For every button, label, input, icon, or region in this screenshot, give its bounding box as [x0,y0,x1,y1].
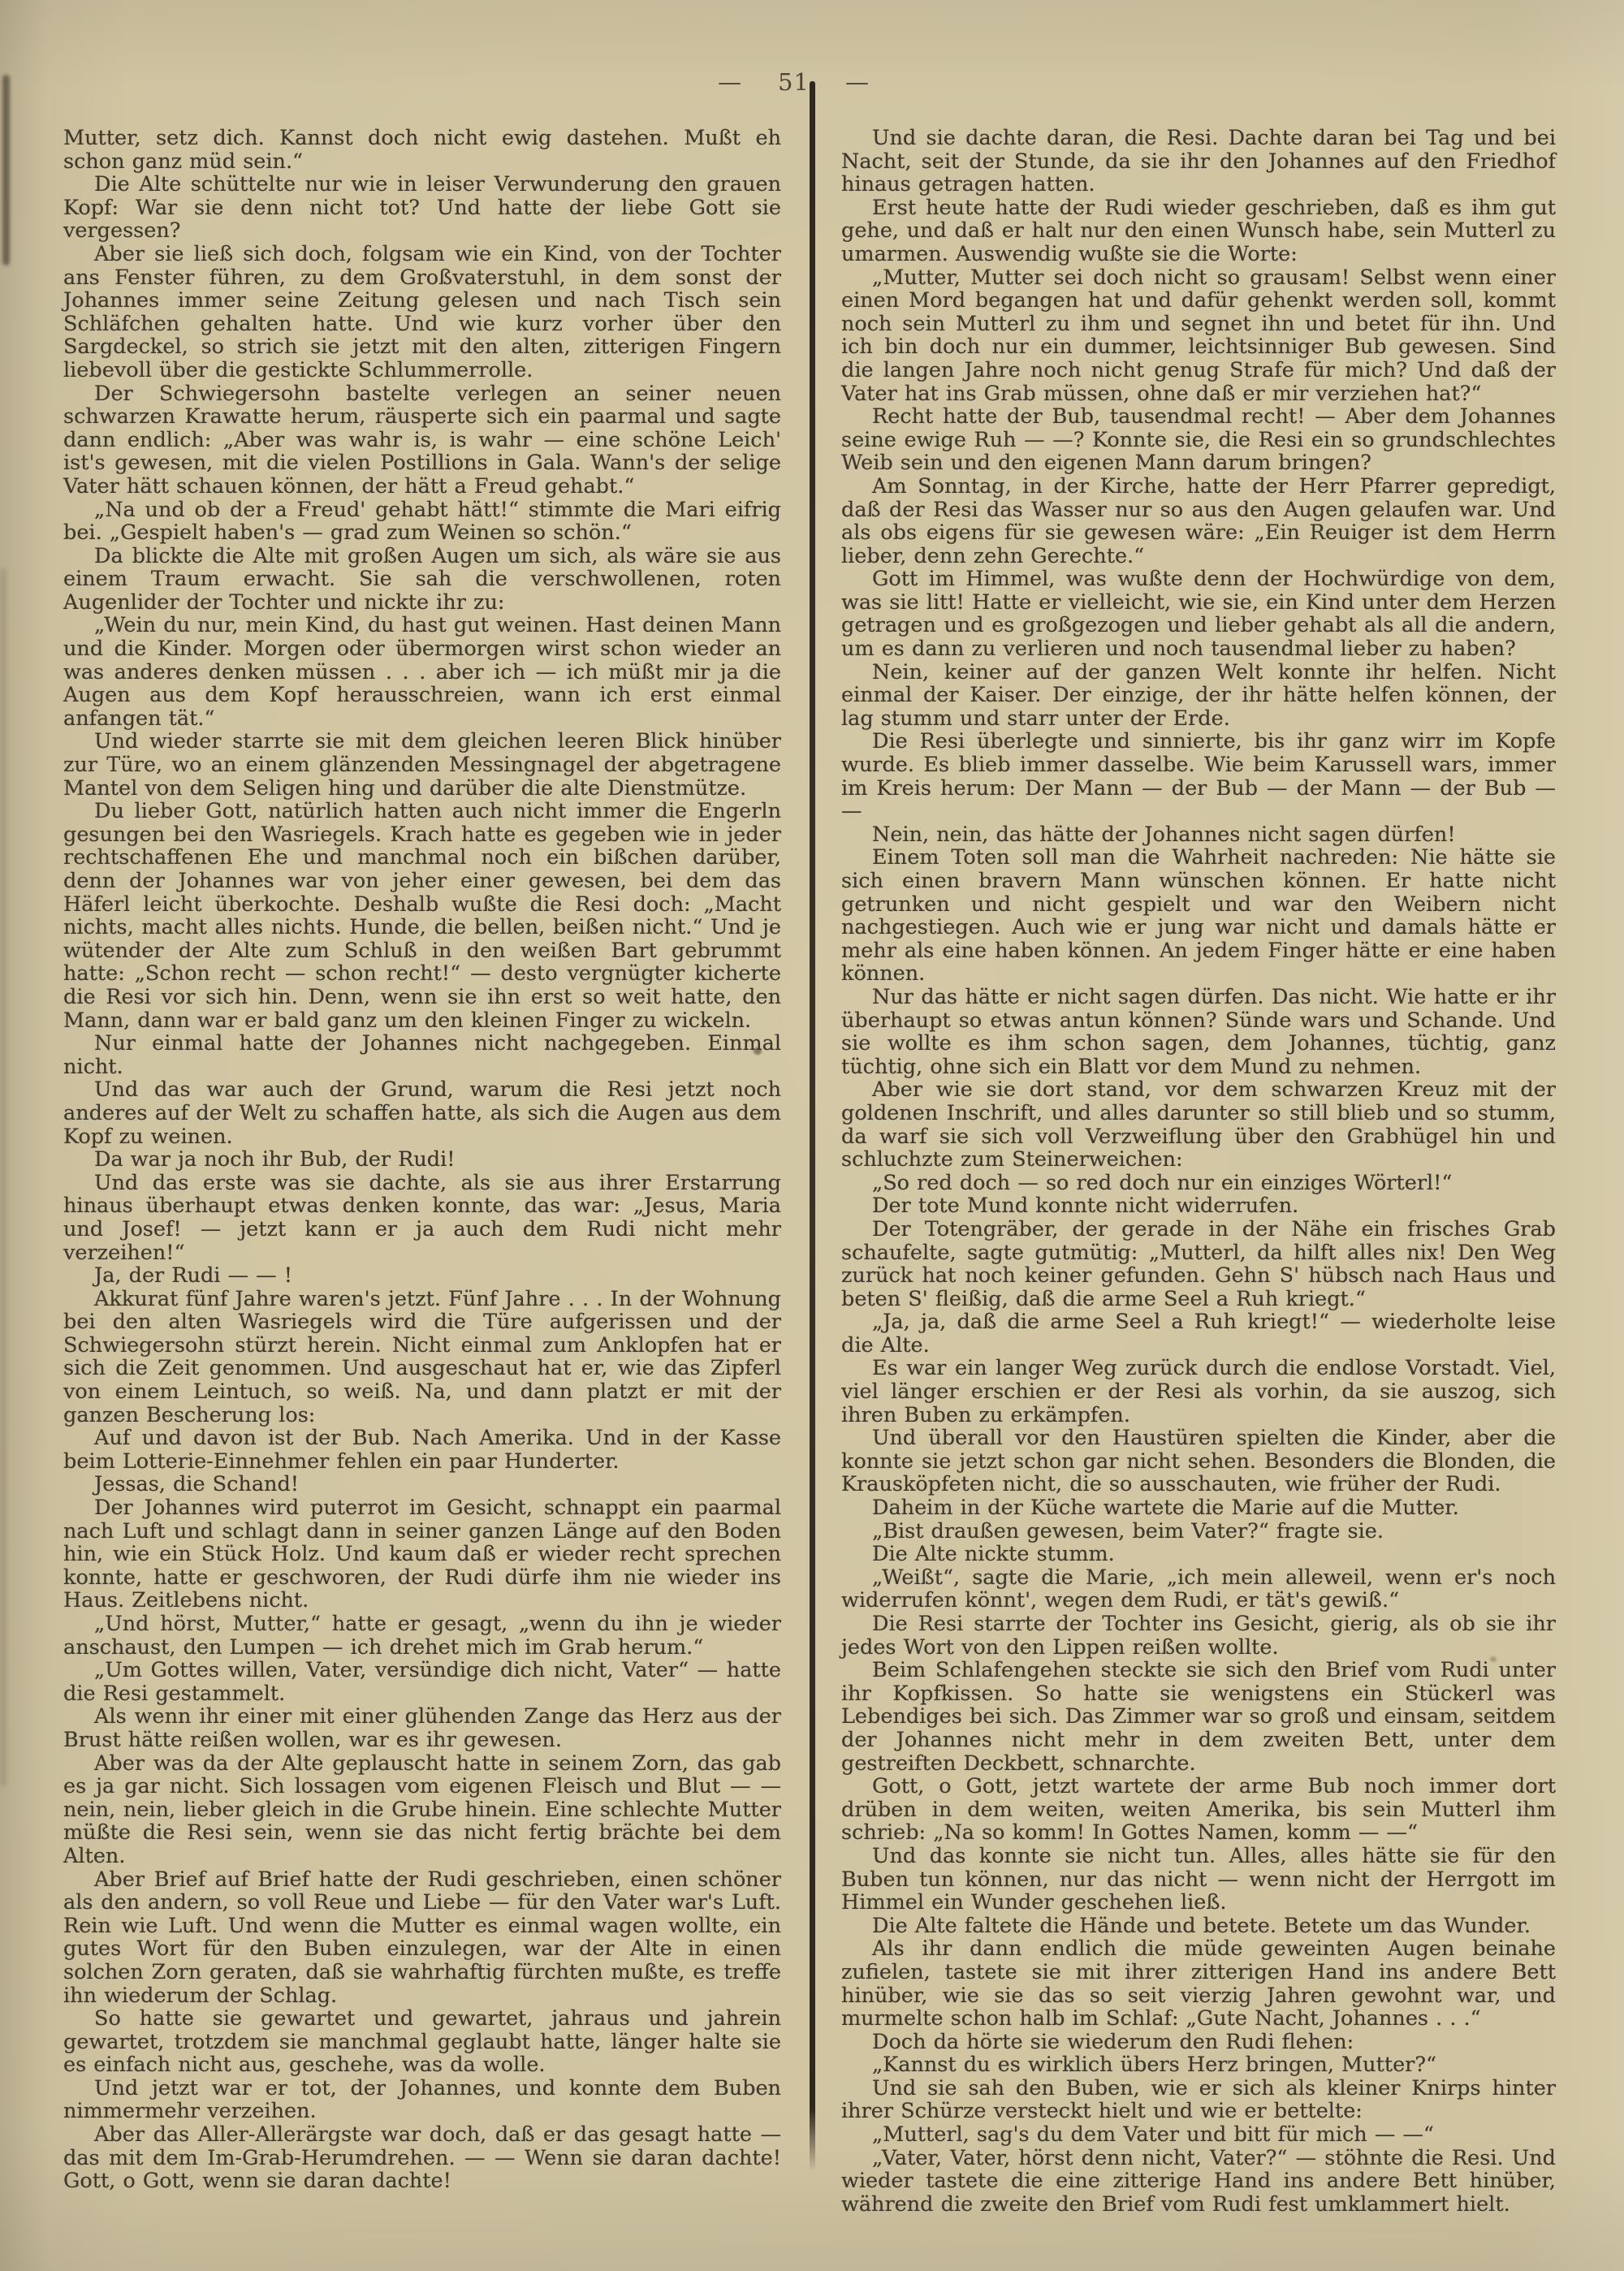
paragraph: „Ja, ja, daß die arme Seel a Ruh kriegt!… [841,1310,1556,1357]
paragraph: So hatte sie gewartet und gewartet, jahr… [63,2007,781,2077]
paragraph: Und das erste was sie dachte, als sie au… [63,1172,781,1264]
paper-speck [754,1047,762,1055]
paragraph: Nein, nein, das hätte der Johannes nicht… [841,823,1556,847]
paragraph: Die Alte nickte stumm. [841,1543,1556,1566]
paragraph: Aber sie ließ sich doch, folgsam wie ein… [63,243,781,382]
left-text-column: Mutter, setz dich. Kannst doch nicht ewi… [63,127,781,2193]
paragraph: Die Resi starrte der Tochter ins Gesicht… [841,1613,1556,1659]
paragraph: „Na und ob der a Freud' gehabt hätt!“ st… [63,499,781,545]
paragraph: „Vater, Vater, hörst denn nicht, Vater?“… [841,2147,1556,2217]
page-header: — 51 — [0,68,1587,96]
paragraph: Und sie sah den Buben, wie er sich als k… [841,2077,1556,2123]
book-page: — 51 — Mutter, setz dich. Kannst doch ni… [0,0,1624,2271]
paragraph: Aber Brief auf Brief hatte der Rudi gesc… [63,1868,781,2008]
paragraph: Nur das hätte er nicht sagen dürfen. Das… [841,986,1556,1078]
paragraph: Es war ein langer Weg zurück durch die e… [841,1357,1556,1427]
paragraph: Aber was da der Alte geplauscht hatte in… [63,1752,781,1868]
page-number: 51 [778,68,810,96]
paragraph: Und überall vor den Haustüren spielten d… [841,1427,1556,1496]
scan-edge-smudge [2,75,10,266]
paragraph: Und sie dachte daran, die Resi. Dachte d… [841,127,1556,196]
paragraph: Mutter, setz dich. Kannst doch nicht ewi… [63,127,781,173]
paragraph: Beim Schlafengehen steckte sie sich den … [841,1659,1556,1775]
paragraph: Einem Toten soll man die Wahrheit nachre… [841,846,1556,986]
paragraph: Jessas, die Schand! [63,1473,781,1496]
paragraph: Am Sonntag, in der Kirche, hatte der Her… [841,475,1556,568]
paragraph: Der Totengräber, der gerade in der Nähe … [841,1218,1556,1310]
paragraph: Und jetzt war er tot, der Johannes, und … [63,2077,781,2123]
paragraph: Und wieder starrte sie mit dem gleichen … [63,730,781,800]
column-divider-rule [810,81,815,2172]
paragraph: Gott, o Gott, jetzt wartete der arme Bub… [841,1775,1556,1845]
paragraph: Da blickte die Alte mit großen Augen um … [63,545,781,615]
paragraph: Die Alte faltete die Hände und betete. B… [841,1915,1556,1938]
paragraph: Nein, keiner auf der ganzen Welt konnte … [841,661,1556,731]
paragraph: Da war ja noch ihr Bub, der Rudi! [63,1148,781,1172]
paragraph: Nur einmal hatte der Johannes nicht nach… [63,1032,781,1078]
paragraph: „So red doch — so red doch nur ein einzi… [841,1172,1556,1195]
paragraph: Der tote Mund konnte nicht widerrufen. [841,1194,1556,1218]
paragraph: Ja, der Rudi — — ! [63,1264,781,1288]
right-text-column: Und sie dachte daran, die Resi. Dachte d… [841,127,1556,2216]
header-dash-right: — [845,68,870,96]
paragraph: Du lieber Gott, natürlich hatten auch ni… [63,800,781,1032]
paragraph: Aber das Aller-Allerärgste war doch, daß… [63,2123,781,2193]
paragraph: Die Alte schüttelte nur wie in leiser Ve… [63,173,781,243]
paragraph: Der Schwiegersohn bastelte verlegen an s… [63,382,781,499]
paper-speck [1490,1656,1497,1662]
paragraph: „Mutterl, sag's du dem Vater und bitt fü… [841,2123,1556,2147]
paragraph: Aber wie sie dort stand, vor dem schwarz… [841,1078,1556,1171]
paragraph: „Wein du nur, mein Kind, du hast gut wei… [63,614,781,730]
paragraph: Akkurat fünf Jahre waren's jetzt. Fünf J… [63,1288,781,1427]
paragraph: „Kannst du es wirklich übers Herz bringe… [841,2053,1556,2077]
paragraph: Recht hatte der Bub, tausendmal recht! —… [841,405,1556,475]
paragraph: Und das konnte sie nicht tun. Alles, all… [841,1845,1556,1915]
paragraph: „Bist draußen gewesen, beim Vater?“ frag… [841,1520,1556,1544]
paragraph: Doch da hörte sie wiederum den Rudi fleh… [841,2031,1556,2054]
paragraph: „Um Gottes willen, Vater, versündige dic… [63,1659,781,1705]
paragraph: Gott im Himmel, was wußte denn der Hochw… [841,568,1556,660]
paragraph: Als wenn ihr einer mit einer glühenden Z… [63,1705,781,1751]
paragraph: Und das war auch der Grund, warum die Re… [63,1078,781,1148]
header-dash-left: — [718,68,742,96]
paragraph: „Und hörst, Mutter,“ hatte er gesagt, „w… [63,1613,781,1659]
paragraph: Auf und davon ist der Bub. Nach Amerika.… [63,1427,781,1473]
paragraph: „Weißt“, sagte die Marie, „ich mein alle… [841,1566,1556,1613]
scan-edge-shadow [1,568,6,1786]
paragraph: Daheim in der Küche wartete die Marie au… [841,1496,1556,1520]
paragraph: Als ihr dann endlich die müde geweinten … [841,1937,1556,2030]
paragraph: Erst heute hatte der Rudi wieder geschri… [841,196,1556,266]
paragraph: Der Johannes wird puterrot im Gesicht, s… [63,1496,781,1613]
paragraph: Die Resi überlegte und sinnierte, bis ih… [841,730,1556,822]
paragraph: „Mutter, Mutter sei doch nicht so grausa… [841,266,1556,406]
